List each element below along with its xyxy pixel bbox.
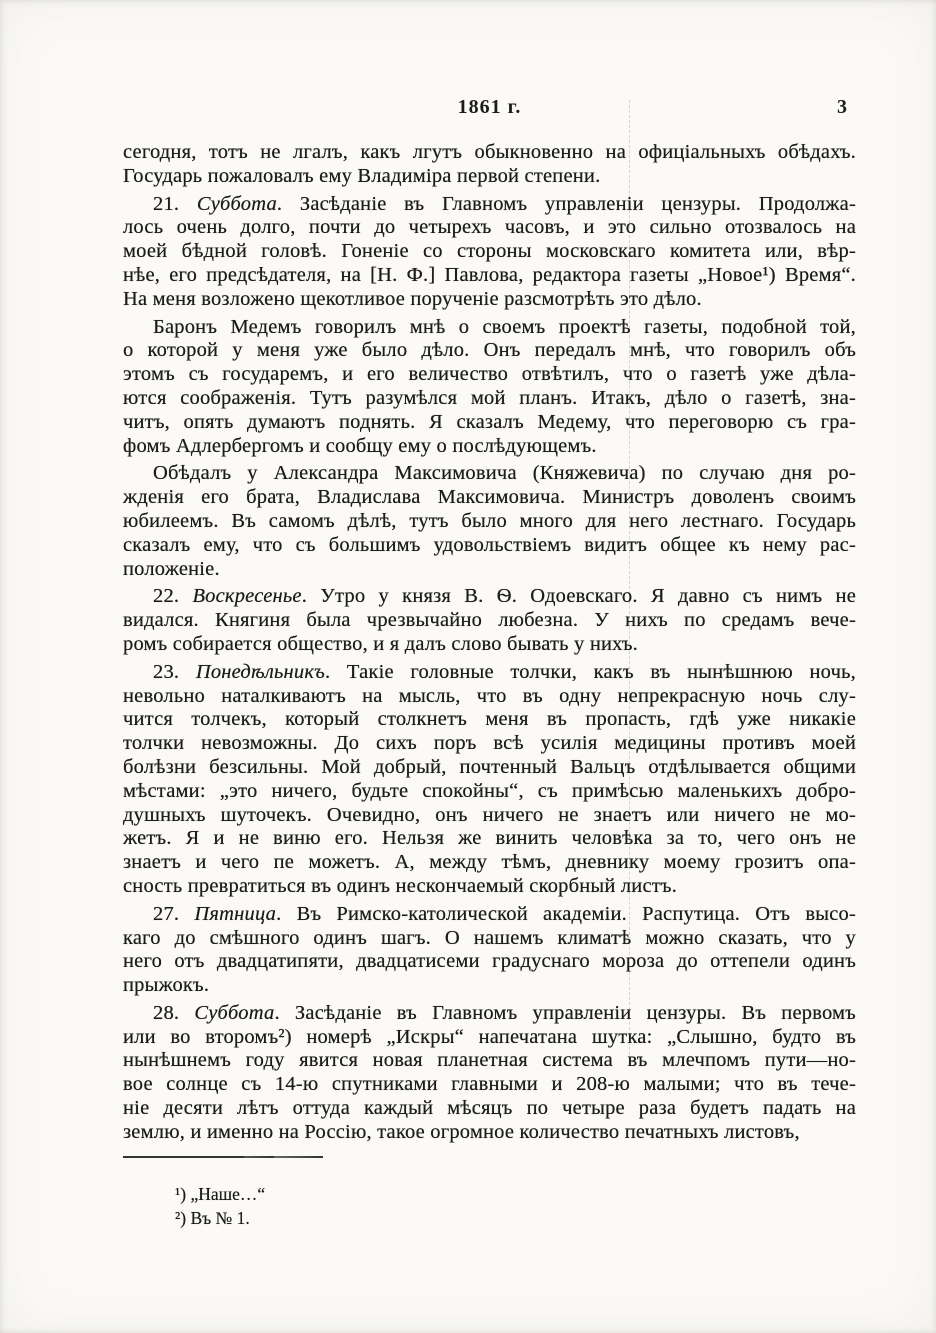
- paragraph: Баронъ Медемъ говорилъ мнѣ о своемъ прое…: [123, 316, 856, 459]
- text-line: юбилеемъ. Въ самомъ дѣлѣ, тутъ было мног…: [123, 510, 856, 534]
- text-line: сказалъ ему, что съ большимъ удовольстві…: [123, 534, 856, 558]
- page-header: 1861 г. 3: [123, 96, 856, 120]
- paragraph: 28. Суббота. Засѣданіе въ Главномъ управ…: [123, 1002, 856, 1145]
- text-line: землю, и именно на Россію, такое огромно…: [123, 1121, 856, 1145]
- text-line: или во второмъ²) номерѣ „Искры“ напечата…: [123, 1026, 856, 1050]
- footnote-item: ¹) „Наше…“: [123, 1182, 623, 1206]
- paragraph: сегодня, тотъ не лгалъ, какъ лгутъ обыкн…: [123, 141, 856, 189]
- text-line: 21. Суббота. Засѣданіе въ Главномъ управ…: [123, 193, 856, 217]
- text-line: На меня возложено щекотливое порученіе р…: [123, 288, 856, 312]
- paragraph: 21. Суббота. Засѣданіе въ Главномъ управ…: [123, 193, 856, 312]
- day-name-italic: Суббота: [197, 193, 277, 215]
- text-line: него отъ двадцатипяти, двадцатисеми град…: [123, 950, 856, 974]
- text-line: ніе десяти лѣтъ оттуда каждый мѣсяцъ по …: [123, 1097, 856, 1121]
- text-line: ются соображенія. Тутъ разумѣлся мой пла…: [123, 387, 856, 411]
- text-line: невольно наталкиваютъ на мысль, что въ о…: [123, 685, 856, 709]
- text-line: лось очень долго, почти до четырехъ часо…: [123, 216, 856, 240]
- paragraph: Обѣдалъ у Александра Максимовича (Княжев…: [123, 462, 856, 581]
- page-number: 3: [837, 96, 848, 119]
- text-line: видался. Княгиня была чрезвычайно любезн…: [123, 609, 856, 633]
- text-line: сегодня, тотъ не лгалъ, какъ лгутъ обыкн…: [123, 141, 856, 165]
- text-line: знаетъ и чего пе можетъ. А, между тѣмъ, …: [123, 851, 856, 875]
- text-line: прыжокъ.: [123, 974, 856, 998]
- text-line: каго до смѣшного одинъ шагъ. О нашемъ кл…: [123, 927, 856, 951]
- day-name-italic: Воскресенье: [192, 585, 301, 607]
- page-body: сегодня, тотъ не лгалъ, какъ лгутъ обыкн…: [123, 141, 856, 1145]
- text-line: положеніе.: [123, 558, 856, 582]
- running-head-year: 1861 г.: [123, 96, 856, 119]
- text-line: Баронъ Медемъ говорилъ мнѣ о своемъ прое…: [123, 316, 856, 340]
- text-line: этомъ съ государемъ, и его величество от…: [123, 363, 856, 387]
- text-line: читъ, опять думаютъ поднять. Я сказалъ М…: [123, 411, 856, 435]
- paragraph: 22. Воскресенье. Утро у князя В. Ѳ. Одое…: [123, 585, 856, 656]
- text-line: Обѣдалъ у Александра Максимовича (Княжев…: [123, 462, 856, 486]
- day-name-italic: Понедѣльникъ: [196, 661, 325, 683]
- footnote-separator: [123, 1156, 323, 1158]
- text-line: душныхъ шуточекъ. Очевидно, онъ ничего н…: [123, 804, 856, 828]
- text-line: вое солнце съ 14-ю спутниками главными и…: [123, 1073, 856, 1097]
- text-line: Государь пожаловалъ ему Владиміра первой…: [123, 165, 856, 189]
- text-line: фомъ Адлербергомъ и сообщу ему о послѣду…: [123, 435, 856, 459]
- text-line: 22. Воскресенье. Утро у князя В. Ѳ. Одое…: [123, 585, 856, 609]
- paragraph: 27. Пятница. Въ Римско-католической акад…: [123, 903, 856, 998]
- footnote-block: ¹) „Наше…“ ²) Въ № 1.: [123, 1156, 623, 1230]
- text-line: о которой у меня уже было дѣло. Онъ пере…: [123, 339, 856, 363]
- text-line: жденія его брата, Владислава Максимовича…: [123, 486, 856, 510]
- text-line: сность превратиться въ одинъ нескончаемы…: [123, 875, 856, 899]
- footnote-item: ²) Въ № 1.: [123, 1206, 623, 1230]
- day-name-italic: Суббота: [194, 1002, 274, 1024]
- text-line: жетъ. Я и не виню его. Нельзя же винить …: [123, 827, 856, 851]
- book-page: 1861 г. 3 сегодня, тотъ не лгалъ, какъ л…: [0, 0, 936, 1333]
- text-line: чится толчекъ, который столкнетъ меня въ…: [123, 708, 856, 732]
- text-line: 27. Пятница. Въ Римско-католической акад…: [123, 903, 856, 927]
- text-line: ромъ собирается общество, и я далъ слово…: [123, 633, 856, 657]
- text-line: мѣстами: „это ничего, будьте спокойны“, …: [123, 780, 856, 804]
- day-name-italic: Пятница: [194, 903, 276, 925]
- text-line: толчки невозможны. До сихъ поръ всѣ усил…: [123, 732, 856, 756]
- text-line: 28. Суббота. Засѣданіе въ Главномъ управ…: [123, 1002, 856, 1026]
- paragraph: 23. Понедѣльникъ. Такіе головные толчки,…: [123, 661, 856, 899]
- text-line: болѣзни безсильны. Мой добрый, почтенный…: [123, 756, 856, 780]
- text-line: моей бѣдной головѣ. Гоненіе со стороны м…: [123, 240, 856, 264]
- text-line: нынѣшнемъ году явится новая планетная си…: [123, 1049, 856, 1073]
- text-line: 23. Понедѣльникъ. Такіе головные толчки,…: [123, 661, 856, 685]
- text-line: нѣе, его предсѣдателя, на [Н. Ф.] Павлов…: [123, 264, 856, 288]
